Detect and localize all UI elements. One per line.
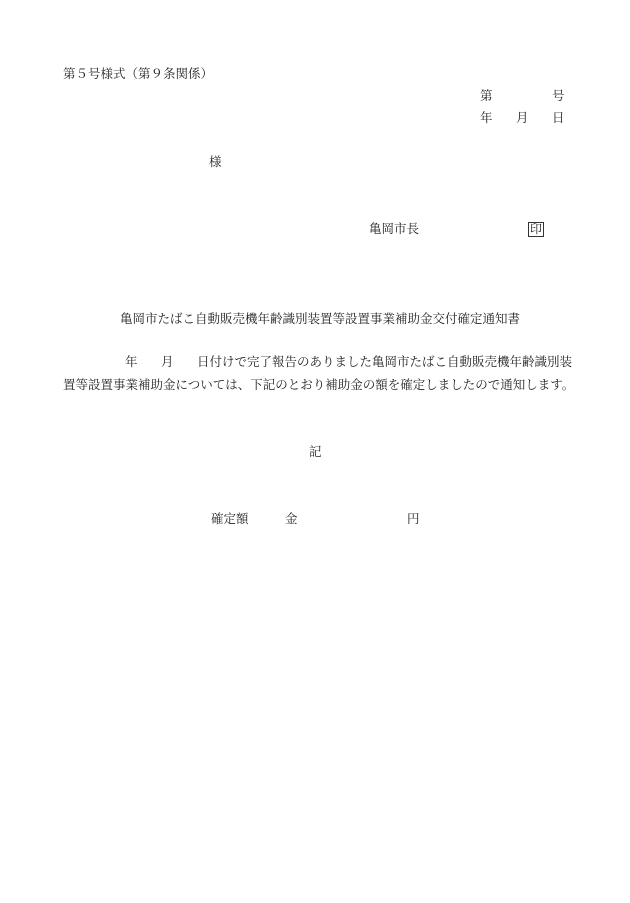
issuer-name: 亀岡市長 <box>369 223 419 236</box>
amount-prefix: 金 <box>285 513 298 526</box>
document-number-suffix: 号 <box>552 90 565 103</box>
seal-icon: 印 <box>528 222 544 237</box>
date-year-label: 年 <box>480 112 493 125</box>
body-line1-text: 日付けで完了報告のありました亀岡市たばこ自動販売機年齢識別装 <box>197 356 572 369</box>
note-heading: 記 <box>309 446 322 459</box>
addressee-honorific: 様 <box>209 156 222 169</box>
body-month-label: 月 <box>161 356 174 369</box>
seal-mark: 印 <box>528 222 544 237</box>
body-year-label: 年 <box>125 356 138 369</box>
amount-unit: 円 <box>407 513 420 526</box>
document-number-prefix: 第 <box>480 90 493 103</box>
body-line2-text: 置等設置事業補助金については、下記のとおり補助金の額を確定しましたので通知します… <box>63 379 574 392</box>
amount-label: 確定額 <box>211 513 249 526</box>
document-title: 亀岡市たばこ自動販売機年齢識別装置等設置事業補助金交付確定通知書 <box>120 313 520 326</box>
date-day-label: 日 <box>552 112 565 125</box>
form-label: 第５号様式（第９条関係） <box>63 68 213 81</box>
date-month-label: 月 <box>516 112 529 125</box>
